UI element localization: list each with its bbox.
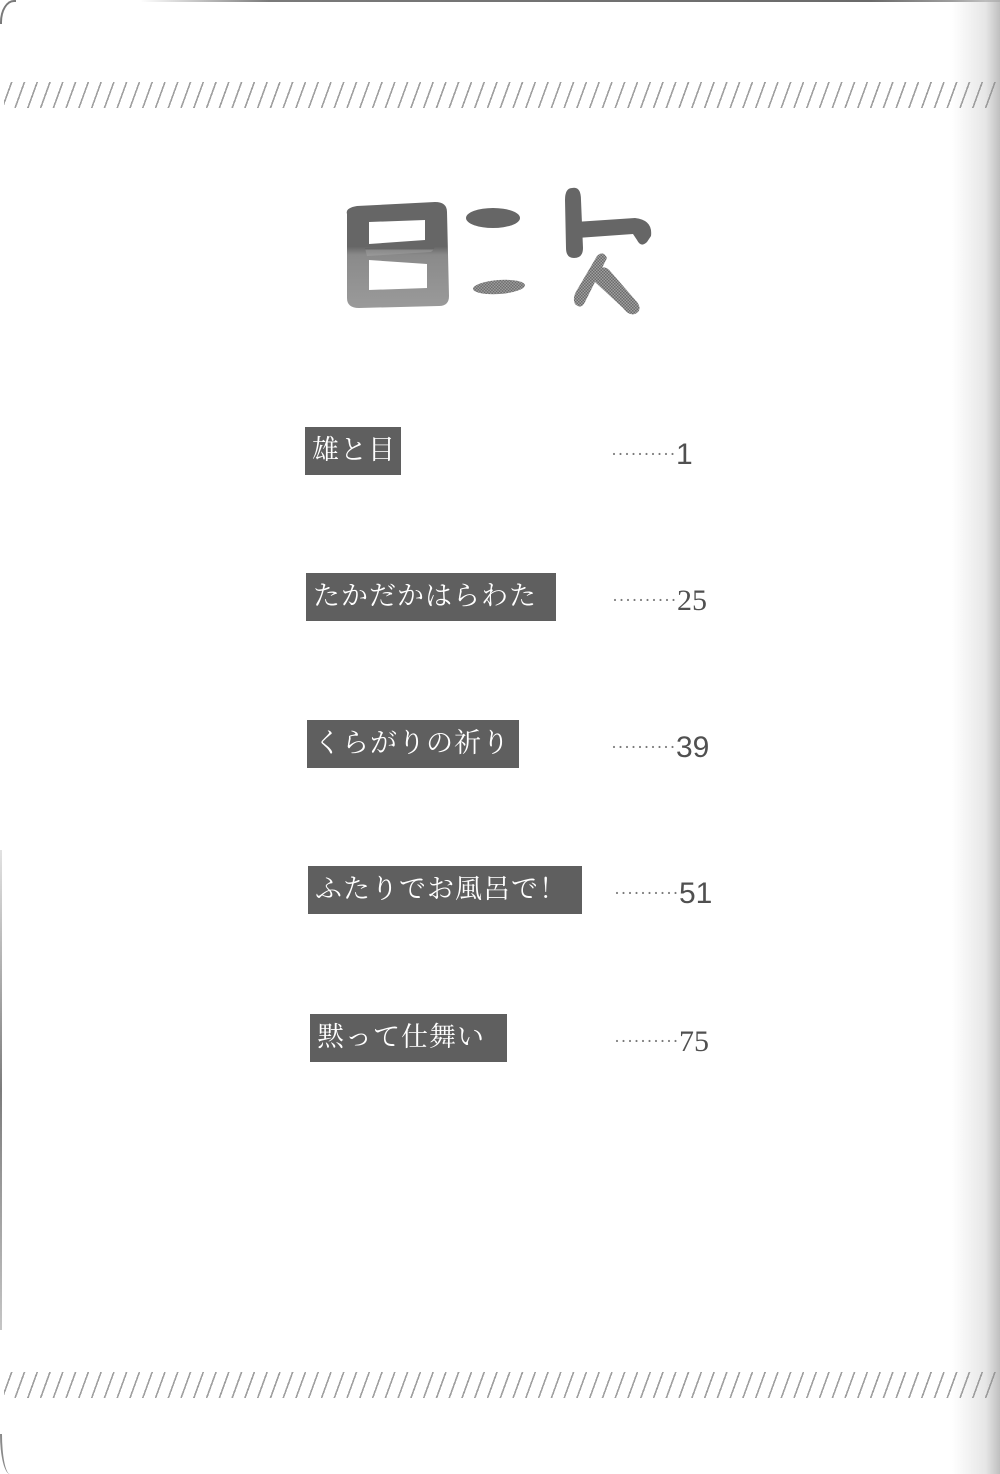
entry-title-box[interactable]: たかだかはらわた <box>306 573 556 621</box>
entry-page-ref: ··········25 <box>612 586 707 616</box>
scan-corner-curl <box>0 0 16 24</box>
entry-title-box[interactable]: 雄と目 <box>305 427 401 475</box>
scan-edge-top <box>140 0 1000 2</box>
toc-entry[interactable]: たかだかはらわた ··········25 <box>0 573 1000 625</box>
toc-entry[interactable]: くらがりの祈り ··········39 <box>0 720 1000 772</box>
entry-page-number: 25 <box>677 584 707 617</box>
scan-edge-left <box>0 850 2 1330</box>
entry-page-number: 75 <box>679 1025 709 1058</box>
dot-leader: ·········· <box>614 883 679 903</box>
toc-entry[interactable]: 黙って仕舞い ··········75 <box>0 1014 1000 1066</box>
entry-title-box[interactable]: 黙って仕舞い <box>310 1014 507 1062</box>
title-glyph-tsugi <box>466 188 651 315</box>
title-glyph-me <box>347 202 449 308</box>
entry-title-box[interactable]: くらがりの祈り <box>307 720 519 768</box>
title-glyphs-art <box>335 178 655 328</box>
entry-page-ref: ··········75 <box>614 1027 709 1057</box>
dot-leader: ·········· <box>612 590 677 610</box>
toc-page: 目次 <box>0 0 1000 1474</box>
scan-corner-bottom <box>0 1434 12 1474</box>
dot-leader: ·········· <box>611 737 676 757</box>
hatch-band-top <box>4 82 996 108</box>
entry-title-box[interactable]: ふたりでお風呂で！ <box>308 866 582 914</box>
entry-page-ref: ··········1 <box>611 440 693 470</box>
entry-page-ref: ··········39 <box>611 733 709 763</box>
hatch-band-bottom <box>4 1372 996 1398</box>
toc-entry[interactable]: ふたりでお風呂で！ ··········51 <box>0 866 1000 918</box>
entry-page-number: 39 <box>676 731 709 764</box>
toc-entry[interactable]: 雄と目 ··········1 <box>0 427 1000 479</box>
page-title: 目次 <box>335 178 655 328</box>
dot-leader: ·········· <box>614 1031 679 1051</box>
entry-page-number: 51 <box>679 877 712 910</box>
entry-page-ref: ··········51 <box>614 879 712 909</box>
entry-page-number: 1 <box>676 438 693 471</box>
dot-leader: ·········· <box>611 444 676 464</box>
